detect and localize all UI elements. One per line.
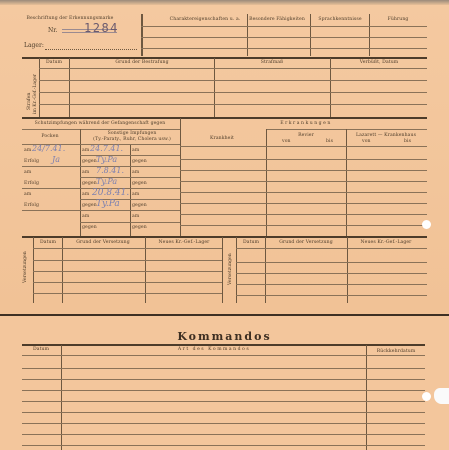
erfolg-label: Erfolg	[24, 181, 39, 186]
divider	[330, 58, 331, 117]
divider	[180, 118, 181, 236]
col-sonstige-sub: (Ty.-Paraty., Ruhr, Cholera usw.)	[93, 137, 171, 142]
am-label: am	[24, 192, 31, 197]
rule	[39, 92, 427, 93]
divider	[265, 237, 266, 303]
gegen-label: gegen	[82, 225, 97, 230]
divider	[347, 237, 348, 303]
bis-label: bis	[404, 139, 411, 144]
rule	[22, 423, 425, 424]
sonst-type-3: Ty.Pa	[96, 199, 120, 209]
rule	[141, 26, 427, 27]
rule	[141, 37, 427, 38]
col-sprachkenntnisse: Sprachkenntnisse	[318, 17, 361, 22]
von-label: von	[282, 139, 291, 144]
transfers-side-label: Versetzungen	[23, 251, 28, 283]
divider	[141, 14, 143, 56]
rule	[22, 379, 425, 380]
rule	[80, 155, 180, 156]
divider	[80, 129, 81, 236]
col-sonstige: Sonstige Impfungen	[108, 131, 157, 136]
rule	[236, 295, 427, 296]
divider	[222, 237, 223, 303]
col-revier: Revier	[298, 133, 314, 138]
rule	[236, 248, 427, 249]
rule	[80, 199, 180, 200]
gegen-label: gegen	[132, 159, 147, 164]
col-lazarett: Lazarett — Krankenhaus	[356, 133, 416, 138]
rule	[22, 445, 425, 446]
col-pocken: Pocken	[41, 134, 58, 139]
col-fuehrung: Führung	[388, 17, 409, 22]
sonst-type-1: Ty.Pa	[96, 155, 117, 164]
erfolg-label: Erfolg	[24, 159, 39, 164]
col-rueckkehr: Rückkehrdatum	[377, 349, 416, 354]
rule	[22, 210, 180, 211]
rule	[39, 104, 427, 105]
rule	[33, 282, 222, 283]
col-neues-lager: Neues Kr.-Gef.-Lager	[361, 240, 412, 245]
col-strafmass: Strafmaß	[261, 60, 284, 65]
rule	[236, 284, 427, 285]
rule	[33, 248, 222, 249]
divider	[39, 58, 40, 117]
col-datum: Datum	[46, 60, 62, 65]
am-label: am	[132, 148, 139, 153]
gegen-label: gegen	[82, 203, 97, 208]
tag-number: 1284	[84, 21, 119, 35]
divider	[69, 58, 70, 117]
divider	[214, 58, 215, 117]
gegen-label: gegen	[132, 203, 147, 208]
paper-edge	[0, 0, 449, 5]
rule	[180, 181, 427, 182]
am-label: am	[24, 148, 31, 153]
col-datum: Datum	[243, 240, 259, 245]
punch-hole	[422, 220, 431, 229]
divider	[310, 14, 311, 56]
rule	[22, 344, 425, 346]
col-grund-versetzung: Grund der Versetzung	[76, 240, 130, 245]
rule	[180, 225, 427, 226]
gegen-label: gegen	[82, 159, 97, 164]
rule	[180, 203, 427, 204]
rule	[22, 434, 425, 435]
illness-title: Erkrankungen	[280, 121, 332, 126]
punch-hole	[422, 392, 431, 401]
rule	[180, 159, 427, 160]
bis-label: bis	[326, 139, 333, 144]
am-label: am	[132, 214, 139, 219]
kommandos-title: Kommandos	[177, 330, 271, 343]
rule	[236, 273, 427, 274]
card-front: Beschriftung der Erkennungsmarke Nr. 128…	[0, 0, 449, 314]
am-label: am	[82, 192, 89, 197]
rule	[33, 260, 222, 261]
divider	[247, 14, 248, 56]
nr-label: Nr.	[48, 27, 57, 34]
sonst-type-2: Ty.Pa	[96, 177, 117, 186]
col-art-kommando: Art des Kommandos	[178, 347, 250, 352]
am-label: am	[82, 170, 89, 175]
rule	[180, 170, 427, 171]
col-datum: Datum	[33, 347, 49, 352]
gegen-label: gegen	[132, 181, 147, 186]
sonst-date-3: 20.8.41.	[92, 188, 129, 198]
rule	[22, 117, 427, 119]
am-label: am	[132, 192, 139, 197]
am-label: am	[132, 170, 139, 175]
am-label: am	[24, 170, 31, 175]
von-label: von	[362, 139, 371, 144]
transfers-side-label-2: Versetzungen	[228, 253, 233, 285]
erfolg-label: Erfolg	[24, 203, 39, 208]
sonst-date-1: 24.7.41.	[90, 144, 123, 153]
rule	[22, 355, 425, 356]
rule	[180, 192, 427, 193]
col-charakter: Charaktereigenschaften u. a.	[170, 17, 241, 22]
rule	[180, 214, 427, 215]
rule	[22, 368, 425, 369]
col-krankheit: Krankheit	[210, 136, 234, 141]
torn-edge	[434, 388, 449, 404]
rule	[39, 80, 427, 81]
rule	[80, 222, 180, 223]
vacc-title: Schutzimpfungen während der Gefangenscha…	[35, 121, 166, 126]
rule	[22, 401, 425, 402]
card-back: Kommandos Datum Art des Kommandos Rückke…	[0, 316, 449, 450]
col-grund-versetzung: Grund der Versetzung	[279, 240, 333, 245]
rule	[80, 177, 180, 178]
col-verbuesst: Verbüßt, Datum	[360, 60, 399, 65]
divider	[369, 14, 370, 56]
rule	[33, 271, 222, 272]
gegen-label: gegen	[82, 181, 97, 186]
col-datum: Datum	[40, 240, 56, 245]
col-neues-lager: Neues Kr.-Gef.-Lager	[159, 240, 210, 245]
rule	[180, 146, 427, 147]
strafen-side-label: Strafen	[27, 93, 32, 110]
pocken-result-1: Ja	[52, 155, 60, 164]
rule	[22, 412, 425, 413]
rule	[22, 236, 427, 238]
sonst-date-2: 7.8.41.	[96, 166, 124, 175]
strafen-side-label-2: im Kr.-Gef.-Lager	[33, 74, 38, 114]
rule	[39, 68, 427, 69]
rule	[141, 48, 427, 49]
rule	[33, 293, 222, 294]
rule	[236, 262, 427, 263]
rule	[22, 129, 180, 130]
lager-label: Lager:	[24, 42, 44, 49]
divider	[236, 237, 237, 303]
gegen-label: gegen	[132, 225, 147, 230]
am-label: am	[82, 214, 89, 219]
col-faehigkeiten: Besondere Fähigkeiten	[249, 17, 305, 22]
rule	[22, 57, 427, 59]
lager-field[interactable]	[45, 49, 137, 50]
col-grund: Grund der Bestrafung	[115, 60, 168, 65]
pocken-date-1: 24/7.41.	[32, 144, 65, 153]
rule	[22, 390, 425, 391]
am-label: am	[82, 148, 89, 153]
